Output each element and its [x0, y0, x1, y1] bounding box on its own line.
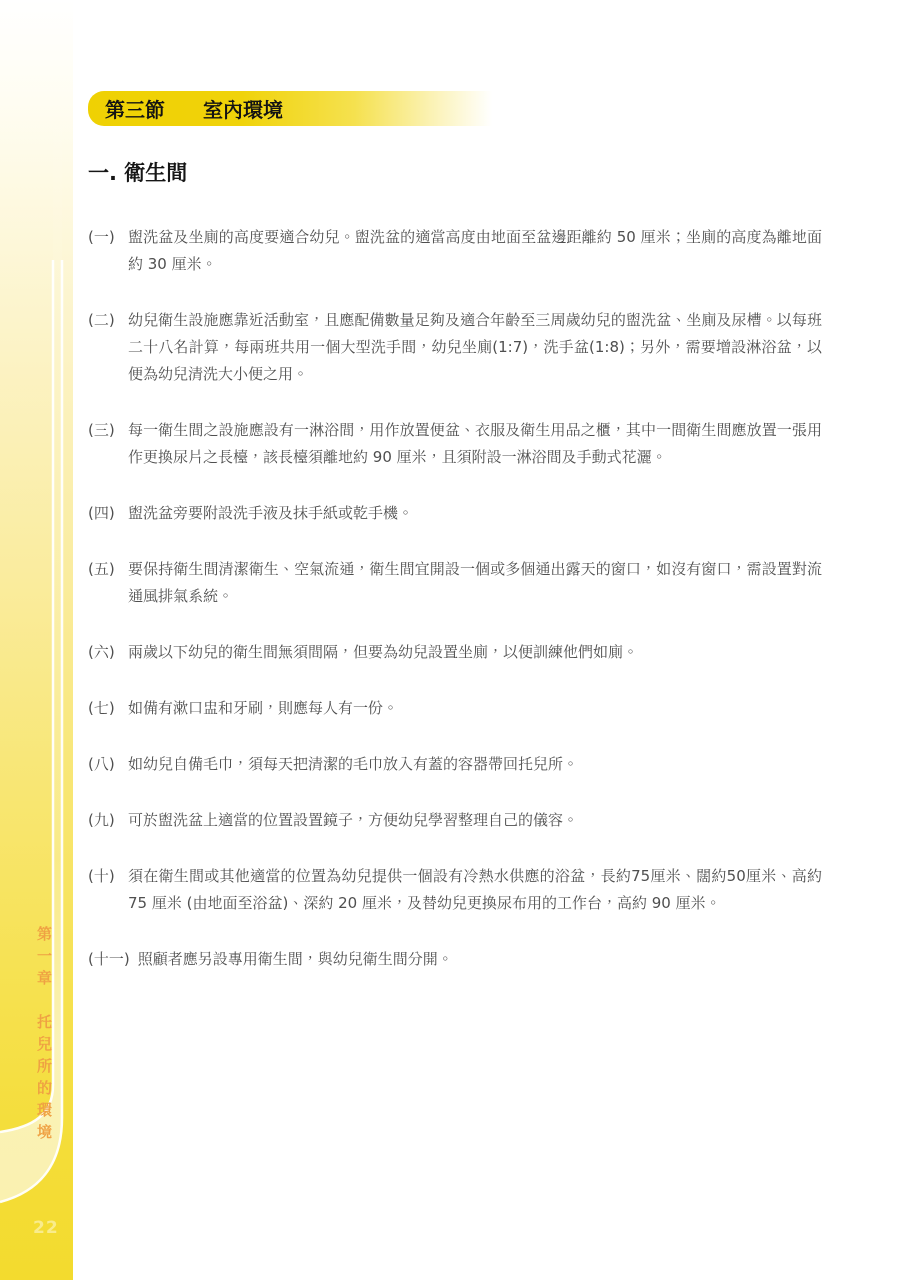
- clause-item: (七) 如備有漱口盅和牙刷，則應每人有一份。: [88, 695, 822, 722]
- clause-number: (一): [88, 224, 128, 251]
- section-number: 第三節: [105, 94, 165, 123]
- clause-item: (四) 盥洗盆旁要附設洗手液及抹手紙或乾手機。: [88, 500, 822, 527]
- page-title: 一. 衛生間: [88, 157, 822, 187]
- clause-number: (七): [88, 695, 128, 722]
- clause-item: (三) 每一衛生間之設施應設有一淋浴間，用作放置便盆、衣服及衛生用品之櫃，其中一…: [88, 417, 822, 471]
- clause-text: 照顧者應另設專用衛生間，與幼兒衛生間分開。: [138, 946, 822, 973]
- document-page: 第一章 托兒所的環境 22 第三節 室內環境 一. 衛生間 (一) 盥洗盆及坐廁…: [0, 0, 900, 1280]
- clause-number: (六): [88, 639, 128, 666]
- clause-number: (十一): [88, 946, 130, 973]
- clause-list: (一) 盥洗盆及坐廁的高度要適合幼兒。盥洗盆的適當高度由地面至盆邊距離約 50 …: [88, 224, 822, 973]
- clause-text: 每一衛生間之設施應設有一淋浴間，用作放置便盆、衣服及衛生用品之櫃，其中一間衛生間…: [128, 417, 822, 471]
- clause-number: (四): [88, 500, 128, 527]
- clause-item: (五) 要保持衛生間清潔衛生、空氣流通，衛生間宜開設一個或多個通出露天的窗口，如…: [88, 556, 822, 610]
- clause-item: (八) 如幼兒自備毛巾，須每天把清潔的毛巾放入有蓋的容器帶回托兒所。: [88, 751, 822, 778]
- clause-number: (三): [88, 417, 128, 444]
- clause-number: (二): [88, 307, 128, 334]
- clause-item: (九) 可於盥洗盆上適當的位置設置鏡子，方便幼兒學習整理自己的儀容。: [88, 807, 822, 834]
- clause-text: 須在衛生間或其他適當的位置為幼兒提供一個設有冷熱水供應的浴盆，長約75厘米、闊約…: [128, 863, 822, 917]
- sidebar-chapter-label: 第一章: [33, 926, 55, 992]
- section-header-bar: 第三節 室內環境: [88, 91, 492, 126]
- clause-number: (五): [88, 556, 128, 583]
- sidebar-chapter-title: 托兒所的環境: [33, 1014, 55, 1146]
- clause-text: 幼兒衛生設施應靠近活動室，且應配備數量足夠及適合年齡至三周歲幼兒的盥洗盆、坐廁及…: [128, 307, 822, 388]
- clause-item: (六) 兩歲以下幼兒的衛生間無須間隔，但要為幼兒設置坐廁，以便訓練他們如廁。: [88, 639, 822, 666]
- clause-text: 盥洗盆及坐廁的高度要適合幼兒。盥洗盆的適當高度由地面至盆邊距離約 50 厘米；坐…: [128, 224, 822, 278]
- clause-text: 如幼兒自備毛巾，須每天把清潔的毛巾放入有蓋的容器帶回托兒所。: [128, 751, 822, 778]
- clause-text: 要保持衛生間清潔衛生、空氣流通，衛生間宜開設一個或多個通出露天的窗口，如沒有窗口…: [128, 556, 822, 610]
- clause-number: (八): [88, 751, 128, 778]
- clause-number: (九): [88, 807, 128, 834]
- clause-item: (一) 盥洗盆及坐廁的高度要適合幼兒。盥洗盆的適當高度由地面至盆邊距離約 50 …: [88, 224, 822, 278]
- clause-text: 兩歲以下幼兒的衛生間無須間隔，但要為幼兒設置坐廁，以便訓練他們如廁。: [128, 639, 822, 666]
- clause-text: 如備有漱口盅和牙刷，則應每人有一份。: [128, 695, 822, 722]
- document-content: 第三節 室內環境 一. 衛生間 (一) 盥洗盆及坐廁的高度要適合幼兒。盥洗盆的適…: [88, 0, 822, 1002]
- page-number: 22: [33, 1218, 59, 1238]
- clause-item: (十一) 照顧者應另設專用衛生間，與幼兒衛生間分開。: [88, 946, 822, 973]
- clause-item: (二) 幼兒衛生設施應靠近活動室，且應配備數量足夠及適合年齡至三周歲幼兒的盥洗盆…: [88, 307, 822, 388]
- section-title: 室內環境: [203, 94, 283, 123]
- clause-text: 可於盥洗盆上適當的位置設置鏡子，方便幼兒學習整理自己的儀容。: [128, 807, 822, 834]
- clause-text: 盥洗盆旁要附設洗手液及抹手紙或乾手機。: [128, 500, 822, 527]
- clause-number: (十): [88, 863, 128, 890]
- clause-item: (十) 須在衛生間或其他適當的位置為幼兒提供一個設有冷熱水供應的浴盆，長約75厘…: [88, 863, 822, 917]
